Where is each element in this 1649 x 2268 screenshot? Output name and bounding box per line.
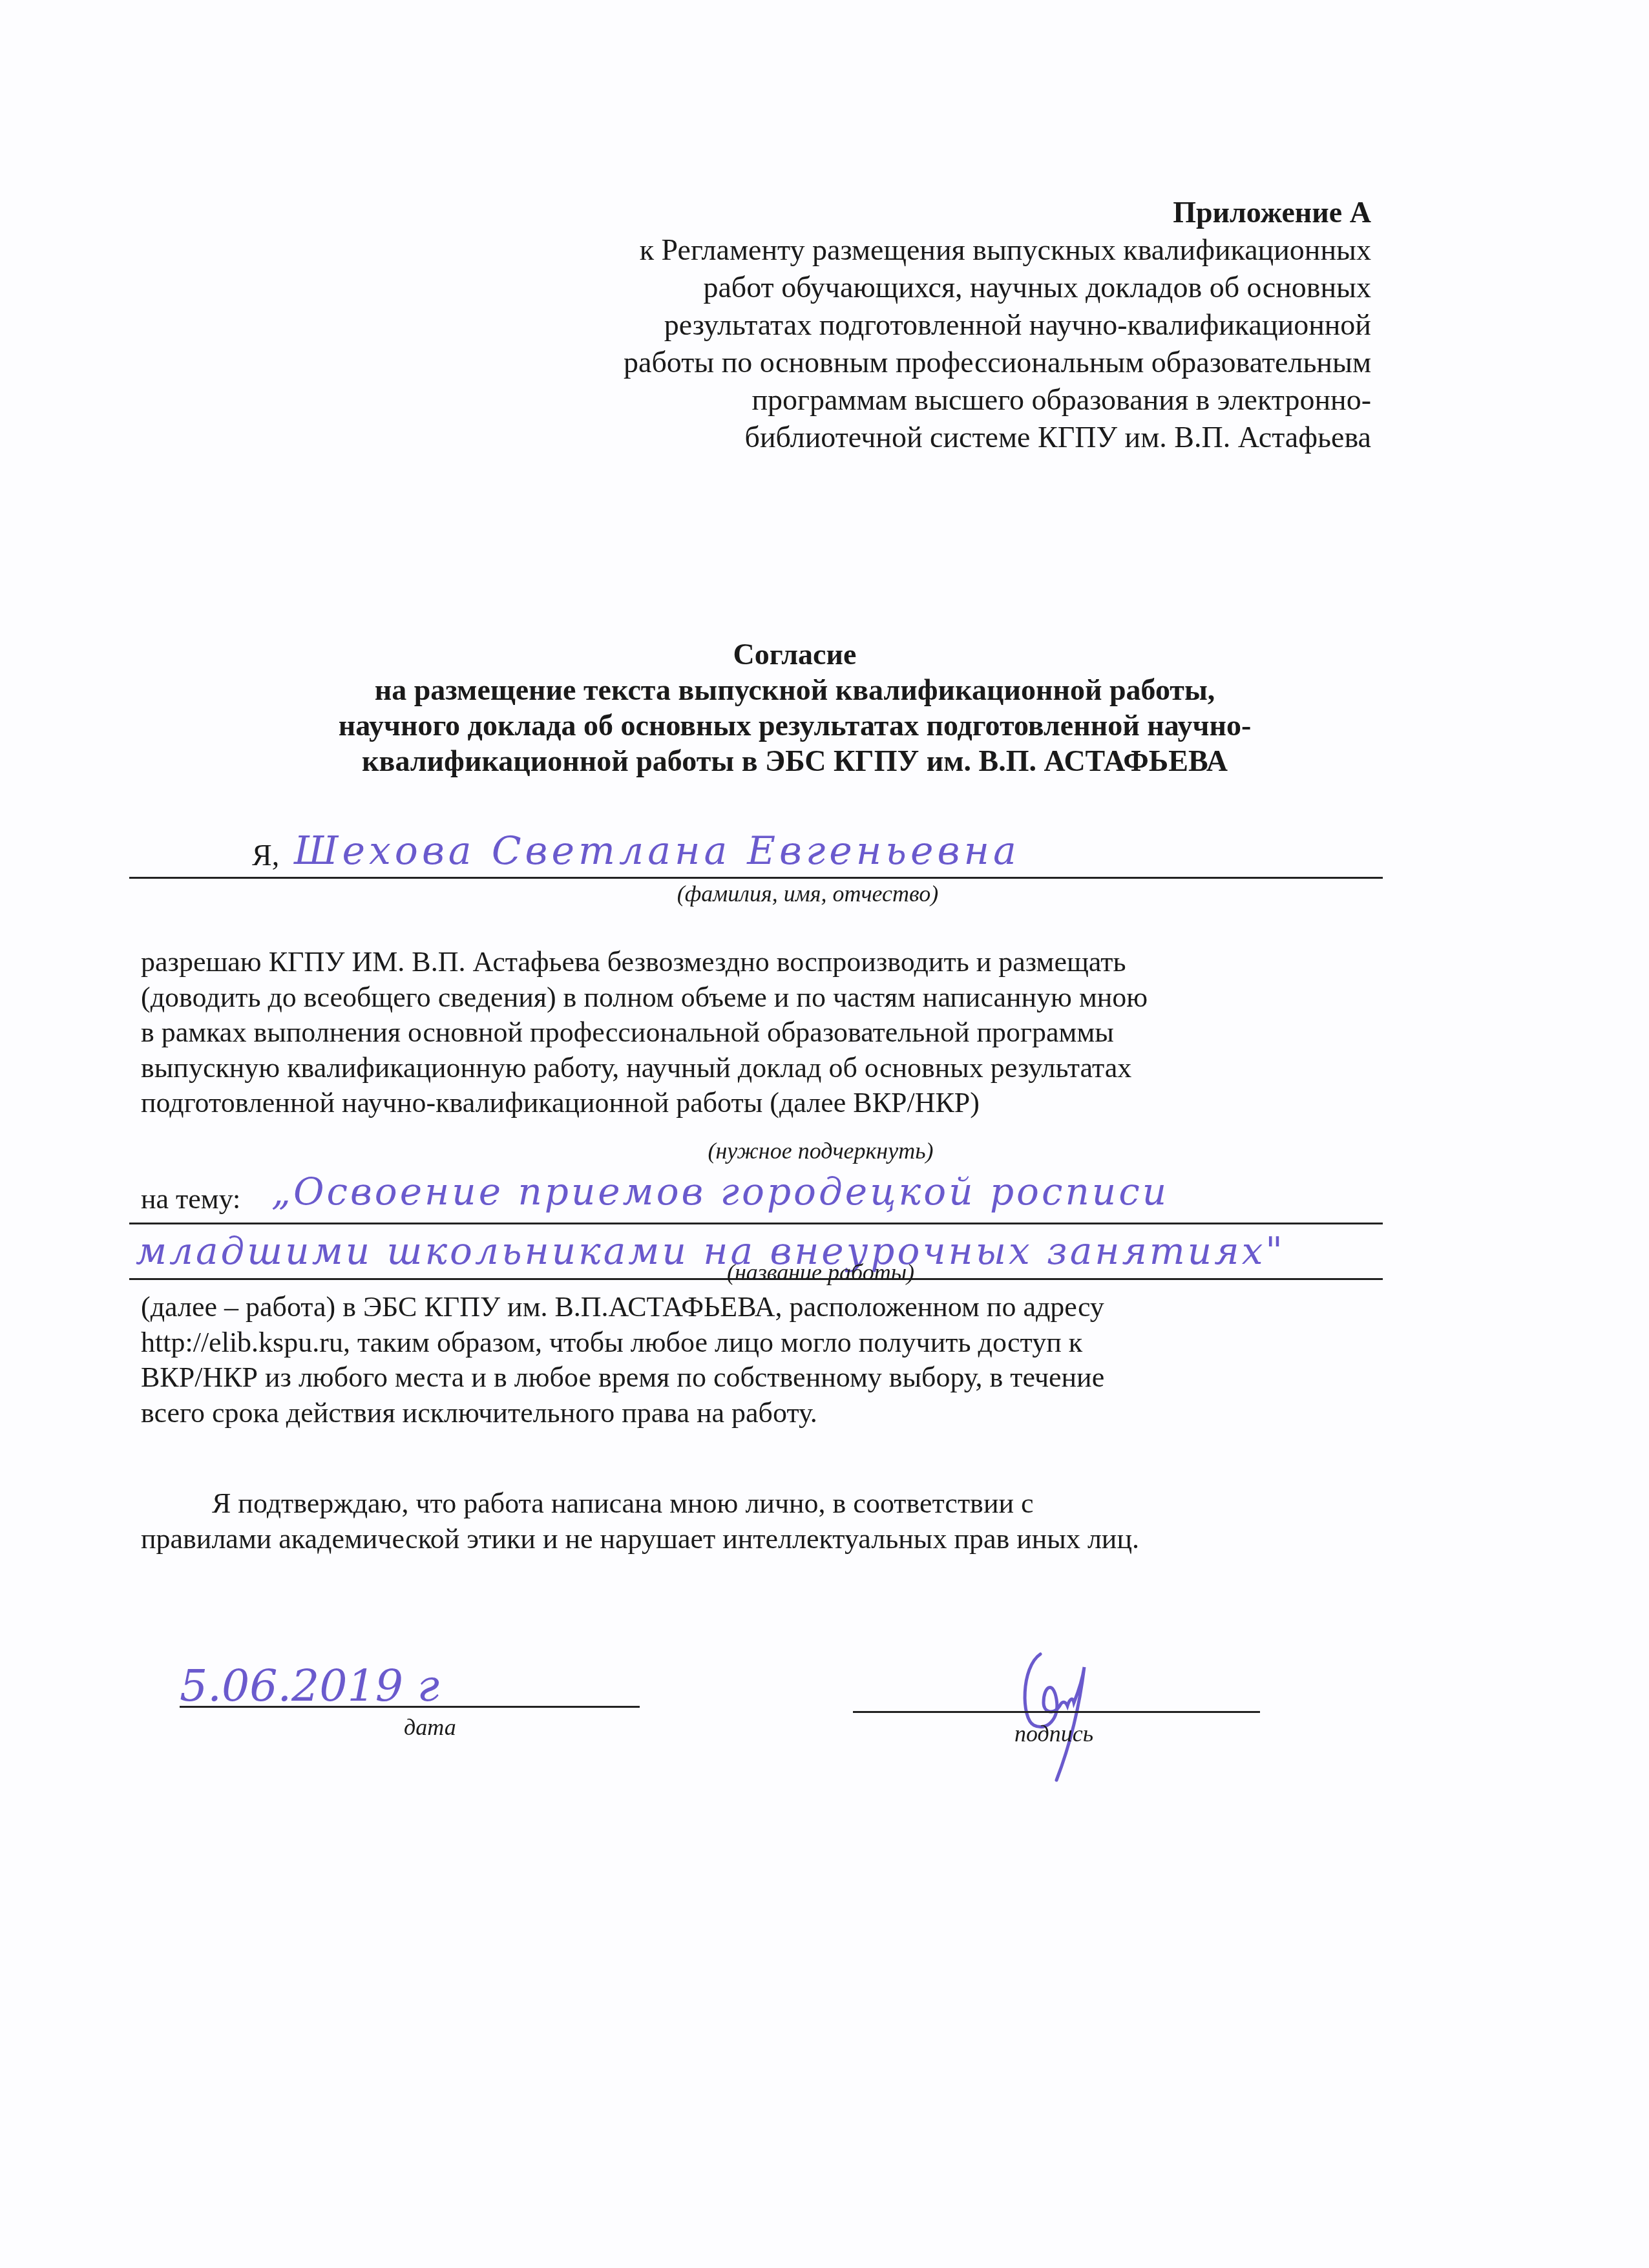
appendix-line: библиотечной системе КГПУ им. В.П. Астаф… [337,419,1371,456]
paragraph-line: в рамках выполнения основной профессиона… [141,1015,1369,1051]
title-line: Согласие [194,636,1396,672]
name-underline [129,877,1383,879]
consent-document-page: Приложение А к Регламенту размещения вып… [0,0,1649,2268]
paragraph-line: разрешаю КГПУ ИМ. В.П. Астафьева безвозм… [141,945,1369,980]
topic-label: на тему: [141,1182,240,1215]
confirmation-paragraph: Я подтверждаю, что работа написана мною … [141,1486,1369,1557]
placement-paragraph: (далее – работа) в ЭБС КГПУ им. В.П.АСТА… [141,1290,1369,1431]
appendix-line: к Регламенту размещения выпускных квалиф… [337,231,1371,269]
topic-caption: (название работы) [582,1259,1060,1286]
appendix-line: работ обучающихся, научных докладов об о… [337,269,1371,306]
date-underline [180,1706,640,1708]
name-caption: (фамилия, имя, отчество) [569,880,1047,907]
paragraph-line: ВКР/НКР из любого места и в любое время … [141,1360,1369,1396]
date-caption: дата [404,1714,456,1741]
appendix-line: результатах подготовленной научно-квалиф… [337,306,1371,344]
appendix-line: программам высшего образования в электро… [337,381,1371,419]
document-title: Согласие на размещение текста выпускной … [194,636,1396,779]
paragraph-line: http://elib.kspu.ru, таким образом, чтоб… [141,1325,1369,1361]
underline-hint-caption: (нужное подчеркнуть) [582,1137,1060,1164]
handwritten-date[interactable]: 5.06.2019 г [180,1661,439,1712]
paragraph-line: Я подтверждаю, что работа написана мною … [141,1486,1369,1522]
paragraph-line: правилами академической этики и не наруш… [141,1522,1369,1557]
paragraph-line: (далее – работа) в ЭБС КГПУ им. В.П.АСТА… [141,1290,1369,1325]
name-field[interactable]: Я, Шехова Светлана Евгеньевна [129,821,1383,879]
title-line: квалификационной работы в ЭБС КГПУ им. В… [194,743,1396,779]
title-line: научного доклада об основных результатах… [194,708,1396,743]
appendix-header: Приложение А к Регламенту размещения вып… [337,194,1371,456]
title-line: на размещение текста выпускной квалифика… [194,672,1396,708]
permission-paragraph: разрешаю КГПУ ИМ. В.П. Астафьева безвозм… [141,945,1369,1121]
topic-underline-1 [129,1223,1383,1224]
signature-caption: подпись [1014,1720,1093,1747]
signature-underline [853,1711,1260,1713]
appendix-line: работы по основным профессиональным обра… [337,344,1371,381]
paragraph-line: всего срока действия исключительного пра… [141,1396,1369,1431]
handwritten-topic-line-1[interactable]: „Освоение приемов городецкой росписи [271,1170,1169,1213]
name-prefix: Я, [252,838,279,872]
paragraph-line: подготовленной научно-квалификационной р… [141,1086,1369,1121]
handwritten-name[interactable]: Шехова Светлана Евгеньевна [294,828,1020,874]
paragraph-line: выпускную квалификационную работу, научн… [141,1051,1369,1086]
paragraph-line: (доводить до всеобщего сведения) в полно… [141,980,1369,1016]
appendix-heading: Приложение А [337,194,1371,231]
